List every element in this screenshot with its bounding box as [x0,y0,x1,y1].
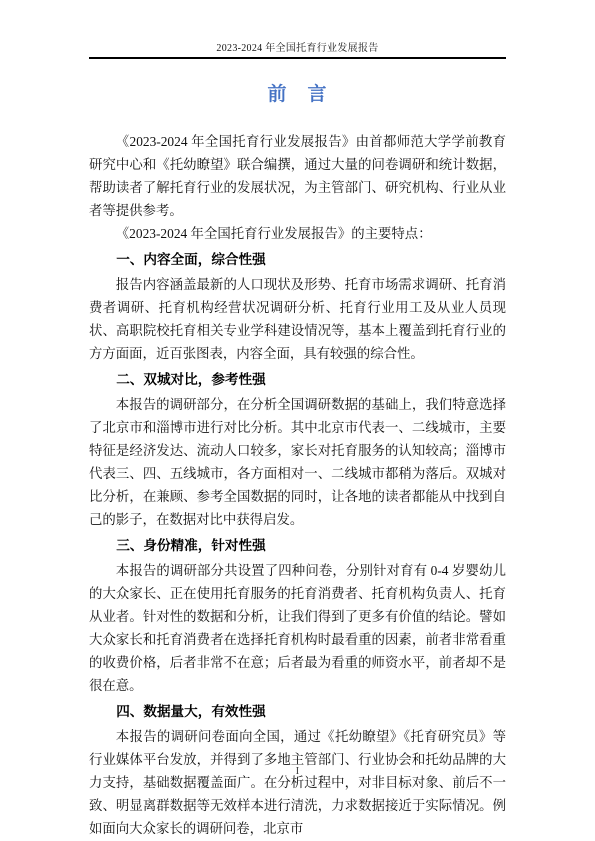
running-header: 2023-2024 年全国托育行业发展报告 [89,39,506,59]
section-heading: 三、身份精准，针对性强 [89,534,506,557]
running-header-text: 2023-2024 年全国托育行业发展报告 [216,43,378,54]
paragraph: 本报告的调研部分，在分析全国调研数据的基础上，我们特意选择了北京市和淄博市进行对… [89,393,506,531]
section-heading: 二、双城对比，参考性强 [89,368,506,391]
document-page: 2023-2024 年全国托育行业发展报告 前 言 《2023-2024 年全国… [0,0,595,841]
document-body: 《2023-2024 年全国托育行业发展报告》由首都师范大学学前教育研究中心和《… [89,130,506,840]
page-number: I [0,765,595,777]
paragraph: 本报告的调研问卷面向全国，通过《托幼瞭望》《托育研究员》等行业媒体平台发放，并得… [89,725,506,840]
paragraph: 《2023-2024 年全国托育行业发展报告》的主要特点： [89,222,506,245]
paragraph: 报告内容涵盖最新的人口现状及形势、托育市场需求调研、托育消费者调研、托育机构经营… [89,273,506,365]
paragraph: 本报告的调研部分共设置了四种问卷，分别针对育有 0-4 岁婴幼儿的大众家长、正在… [89,559,506,697]
section-heading: 四、数据量大，有效性强 [89,700,506,723]
section-heading: 一、内容全面，综合性强 [89,248,506,271]
page-title: 前 言 [0,79,595,106]
paragraph: 《2023-2024 年全国托育行业发展报告》由首都师范大学学前教育研究中心和《… [89,130,506,222]
